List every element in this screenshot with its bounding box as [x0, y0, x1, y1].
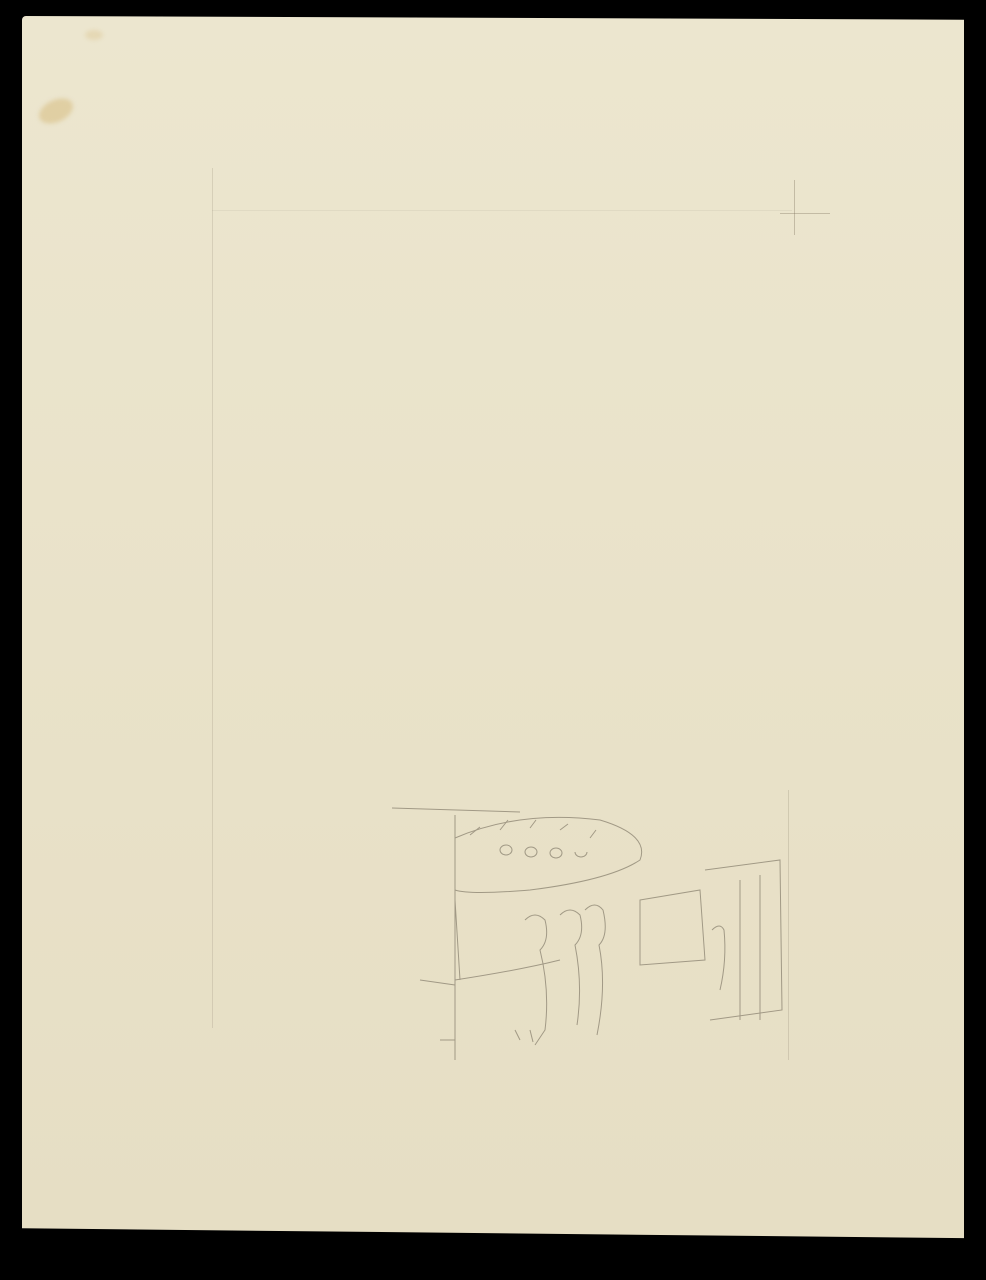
- pencil-sketch: [0, 0, 986, 1280]
